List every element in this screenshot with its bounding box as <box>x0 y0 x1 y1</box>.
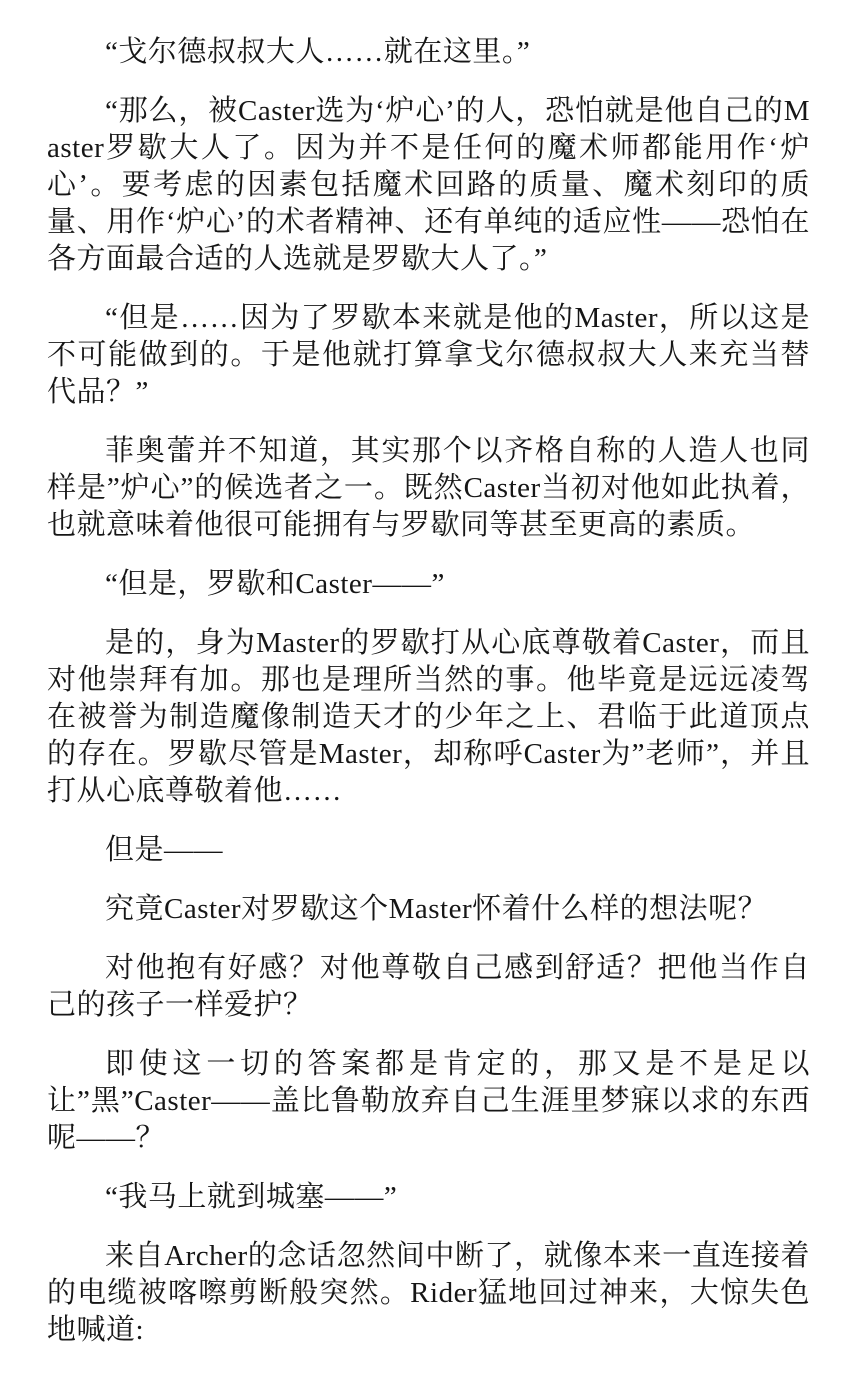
paragraph: “那么，被Caster选为‘炉心’的人，恐怕就是他自己的Master罗歇大人了。… <box>47 93 810 278</box>
paragraph: 即使这一切的答案都是肯定的，那又是不是足以让”黑”Caster——盖比鲁勒放弃自… <box>47 1046 810 1157</box>
paragraph: 对他抱有好感？对他尊敬自己感到舒适？把他当作自己的孩子一样爱护？ <box>47 950 810 1024</box>
paragraph: 究竟Caster对罗歇这个Master怀着什么样的想法呢？ <box>47 891 810 928</box>
paragraph: 但是—— <box>47 832 810 869</box>
paragraph: “但是，罗歇和Caster——” <box>47 566 810 603</box>
paragraph: “戈尔德叔叔大人……就在这里。” <box>47 34 810 71</box>
paragraph: 来自Archer的念话忽然间中断了，就像本来一直连接着的电缆被喀嚓剪断般突然。R… <box>47 1238 810 1349</box>
paragraph: “但是……因为了罗歇本来就是他的Master，所以这是不可能做到的。于是他就打算… <box>47 300 810 411</box>
paragraph: “我马上就到城塞——” <box>47 1179 810 1216</box>
paragraph: 菲奥蕾并不知道，其实那个以齐格自称的人造人也同样是”炉心”的候选者之一。既然Ca… <box>47 433 810 544</box>
ebook-page: “戈尔德叔叔大人……就在这里。”“那么，被Caster选为‘炉心’的人，恐怕就是… <box>0 0 850 1400</box>
page-content: “戈尔德叔叔大人……就在这里。”“那么，被Caster选为‘炉心’的人，恐怕就是… <box>47 34 810 1349</box>
paragraph: 是的，身为Master的罗歇打从心底尊敬着Caster，而且对他崇拜有加。那也是… <box>47 625 810 810</box>
